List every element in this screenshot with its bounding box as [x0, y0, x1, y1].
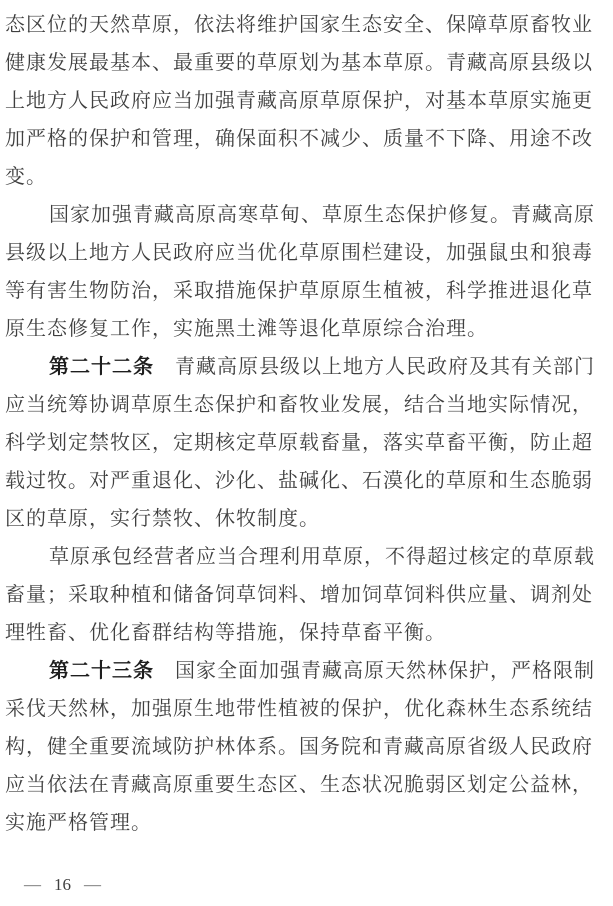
text-line: 构，健全重要流域防护林体系。国务院和青藏高原省级人民政府	[5, 728, 593, 766]
text-line: 载过牧。对严重退化、沙化、盐碱化、石漠化的草原和生态脆弱	[5, 462, 593, 500]
footer-dash-left: —	[24, 874, 41, 896]
text-line: 理牲畜、优化畜群结构等措施，保持草畜平衡。	[5, 614, 593, 652]
article-number: 第二十二条	[49, 356, 154, 378]
footer-page-number: 16	[54, 872, 71, 898]
text-line: 科学划定禁牧区，定期核定草原载畜量，落实草畜平衡，防止超	[5, 424, 593, 462]
text-line: 采伐天然林，加强原生地带性植被的保护，优化森林生态系统结	[5, 690, 593, 728]
footer-dash-right: —	[84, 874, 101, 896]
text-line: 健康发展最基本、最重要的草原划为基本草原。青藏高原县级以	[5, 44, 593, 82]
document-body: 态区位的天然草原，依法将维护国家生态安全、保障草原畜牧业健康发展最基本、最重要的…	[5, 6, 593, 842]
text-line: 加严格的保护和管理，确保面积不减少、质量不下降、用途不改	[5, 120, 593, 158]
text-line: 国家加强青藏高原高寒草甸、草原生态保护修复。青藏高原	[5, 196, 593, 234]
text-line: 第二十二条 青藏高原县级以上地方人民政府及其有关部门	[5, 348, 593, 386]
text-line: 第二十三条 国家全面加强青藏高原天然林保护，严格限制	[5, 652, 593, 690]
text-line: 区的草原，实行禁牧、休牧制度。	[5, 500, 593, 538]
text-line: 应当依法在青藏高原重要生态区、生态状况脆弱区划定公益林，	[5, 766, 593, 804]
document-page: 态区位的天然草原，依法将维护国家生态安全、保障草原畜牧业健康发展最基本、最重要的…	[0, 0, 613, 906]
text-line: 应当统筹协调草原生态保护和畜牧业发展，结合当地实际情况，	[5, 386, 593, 424]
text-line: 草原承包经营者应当合理利用草原，不得超过核定的草原载	[5, 538, 593, 576]
article-number: 第二十三条	[49, 660, 154, 682]
text-line: 上地方人民政府应当加强青藏高原草原保护，对基本草原实施更	[5, 82, 593, 120]
page-footer: —16—	[24, 872, 101, 898]
text-line: 态区位的天然草原，依法将维护国家生态安全、保障草原畜牧业	[5, 6, 593, 44]
text-line: 县级以上地方人民政府应当优化草原围栏建设，加强鼠虫和狼毒	[5, 234, 593, 272]
text-line: 畜量；采取种植和储备饲草饲料、增加饲草饲料供应量、调剂处	[5, 576, 593, 614]
text-line: 实施严格管理。	[5, 804, 593, 842]
text-line: 原生态修复工作，实施黑土滩等退化草原综合治理。	[5, 310, 593, 348]
text-line: 等有害生物防治，采取措施保护草原原生植被，科学推进退化草	[5, 272, 593, 310]
text-line: 变。	[5, 158, 593, 196]
